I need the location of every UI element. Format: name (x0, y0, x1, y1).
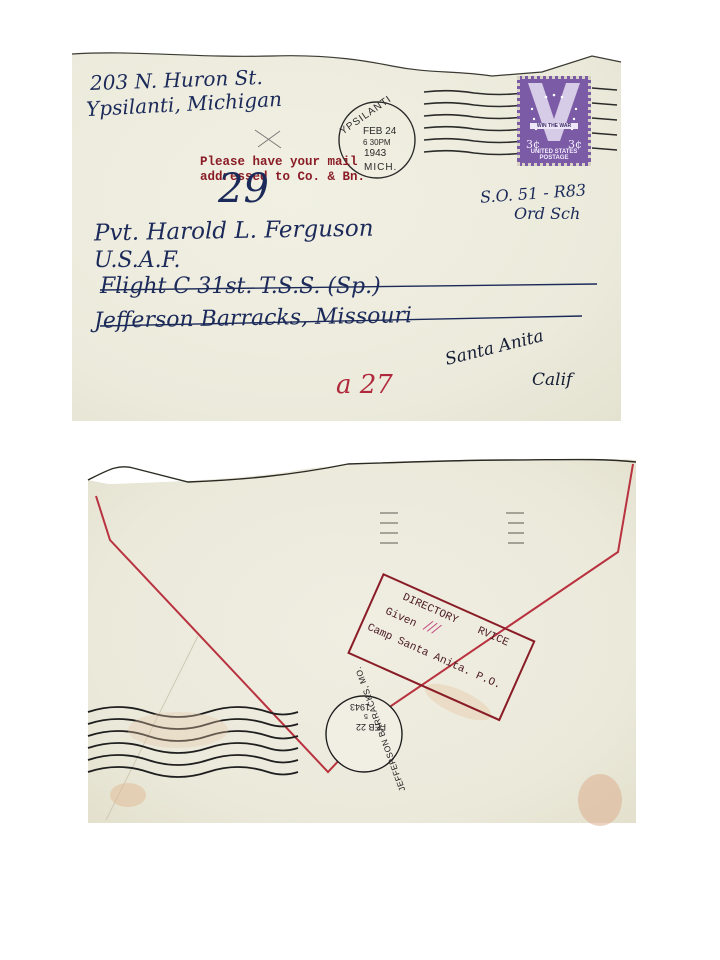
directory-handwritten-mark: /// (422, 618, 441, 638)
handwritten-number: 29 (218, 166, 269, 212)
recipient-line1: Pvt. Harold L. Ferguson (94, 216, 374, 247)
stamp-slogan: WIN THE WAR (530, 123, 578, 129)
back-postmark-year: 1943 (350, 702, 370, 712)
back-postmark-date: FEB 22 (356, 722, 386, 732)
directory-line2: Given (383, 606, 418, 630)
recipient-line3-struck: Flight C 31st. T.S.S. (Sp.) (100, 274, 381, 299)
envelope-back: DIRECTORY RVICE Given /// Camp Santa Ani… (88, 440, 636, 823)
envelope-front: YPSILANTI FEB 24 6 30PM 1943 MICH. 203 N… (72, 48, 621, 421)
forwarding-line2: Calif (532, 370, 572, 390)
directory-line1-right: RVICE (475, 625, 510, 649)
postage-stamp: WIN THE WAR 3¢ 3¢ UNITED STATES POSTAGE (517, 76, 591, 166)
postmark-state: MICH. (364, 162, 397, 173)
postmark-year: 1943 (364, 148, 386, 159)
recipient-line2: U.S.A.F. (94, 248, 181, 273)
back-postmark-time: 5 (364, 712, 368, 719)
postmark-time: 6 30PM (363, 138, 391, 147)
order-note-line2: Ord Sch (514, 204, 580, 223)
postmark-date: FEB 24 (363, 126, 396, 137)
red-pencil-note: a 27 (336, 370, 393, 400)
stamp-label: UNITED STATES POSTAGE (520, 149, 588, 161)
